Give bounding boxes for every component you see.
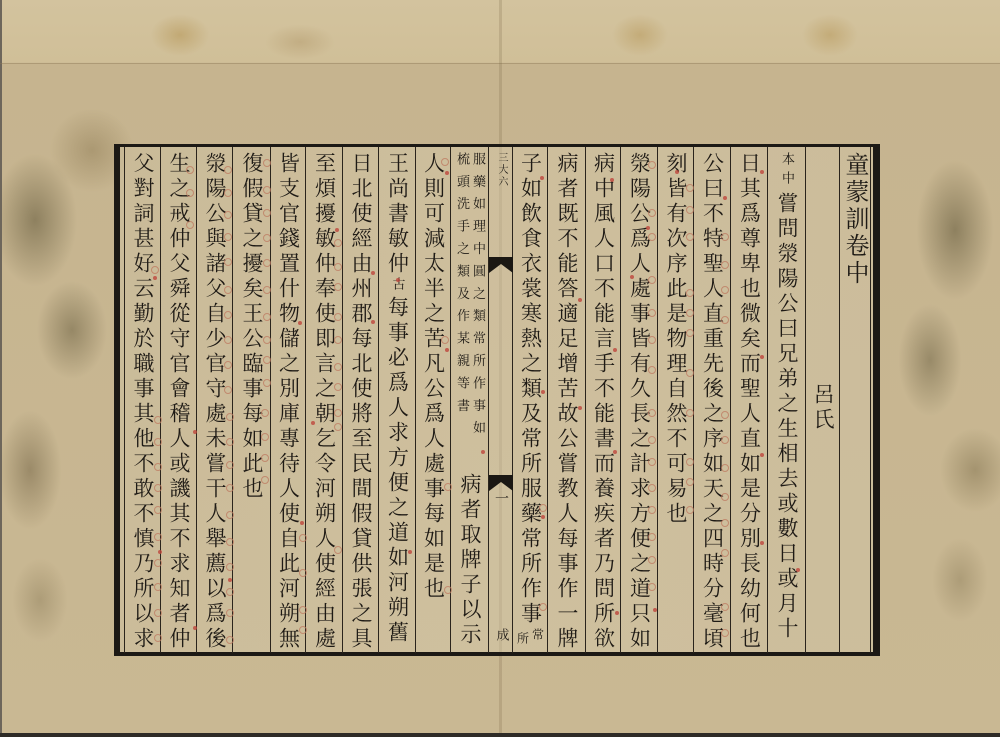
text-column-r6: 病中風人口不能言手不能書而養疾者乃問所欲 xyxy=(585,147,620,653)
text-column-l5: 至煩擾敏仲奉使即言之朝乞令河朔人使經由處 xyxy=(305,147,342,653)
note-left-line: 所 xyxy=(517,632,529,648)
text-column-r3: 公曰不特聖人直重先後之序如天之四時分毫頃 xyxy=(693,147,730,653)
fold-leaf-number: 一 xyxy=(494,491,508,507)
text-column-l8: 滎陽公與諸父自少官守處未嘗干人舉薦以爲後 xyxy=(196,147,232,653)
column-text: 皆支官錢置什物儲之別庫專待人使自此河朔無 xyxy=(278,152,299,652)
text-column-l4: 日北使經由州郡每北使將至民間假貸供張之具 xyxy=(342,147,378,653)
text-column-r4: 刻皆有次序此是物理自然不可易也 xyxy=(657,147,693,653)
fold-bottom-mark: 成 xyxy=(495,628,508,643)
text-column-l3: 王尚書敏仲 古 每事必爲人求方便之道如河朔舊 xyxy=(378,147,415,653)
small-note: 本中 xyxy=(780,152,793,190)
column-text: 病者既不能答適足增苦故公嘗教人每事作一牌 xyxy=(556,152,577,652)
fishtail-mark-icon xyxy=(489,475,513,491)
running-title-column: 童蒙訓卷中 xyxy=(839,147,871,653)
column-text: 嘗問滎陽公曰兄弟之生相去或數日或月十 xyxy=(776,192,797,642)
column-text: 病者取牌子以示 xyxy=(459,473,480,648)
fishtail-mark-icon xyxy=(489,257,513,273)
column-text: 公曰不特聖人直重先後之序如天之四時分毫頃 xyxy=(702,152,723,652)
interlinear-note: 服藥如理中圓之類常所作事如 梳頭洗手之類及作某親等書 xyxy=(455,152,484,473)
column-text: 復假貸之擾矣王公臨事每如此也 xyxy=(241,152,262,502)
column-text: 日其爲尊卑也微矣而聖人直如是分別長幼何也 xyxy=(739,152,760,652)
fold-top-label: 三大六 xyxy=(489,152,513,188)
fold-page-label: 三大六 xyxy=(496,152,506,188)
column-text: 日北使經由州郡每北使將至民間假貸供張之具 xyxy=(350,152,371,652)
text-column-l10: 父對詞甚好云勤於職事其他不敢不慎乃所以求 xyxy=(124,147,160,653)
column-text: 人則可減太半之苦凡公爲人處事每如是也 xyxy=(423,152,444,602)
scan-edge-bottom xyxy=(0,733,1000,737)
note-right-line: 常 xyxy=(532,628,544,648)
text-column-r1: 本中 嘗問滎陽公曰兄弟之生相去或數日或月十 xyxy=(767,147,805,653)
text-column-l7: 復假貸之擾矣王公臨事每如此也 xyxy=(232,147,270,653)
column-text: 子如飲食衣裳寒熱之類及常所服藥常所作事 xyxy=(520,152,541,627)
book-spread: 童蒙訓卷中 呂氏 本中 嘗問滎陽公曰兄弟之生相去或數日或月十 日其爲尊卑也微矣而… xyxy=(0,0,1000,737)
column-text: 刻皆有次序此是物理自然不可易也 xyxy=(665,152,686,527)
text-column-r5: 滎陽公爲人處事皆有久長之計求方便之道只如 xyxy=(620,147,657,653)
note-left-line: 梳頭洗手之類及作某親等書 xyxy=(455,152,468,473)
center-fold-column: 三大六 一 成 xyxy=(488,147,512,653)
text-column-r2: 日其爲尊卑也微矣而聖人直如是分別長幼何也 xyxy=(730,147,767,653)
column-text: 每事必爲人求方便之道如河朔舊 xyxy=(387,296,408,646)
column-text: 病中風人口不能言手不能書而養疾者乃問所欲 xyxy=(593,152,614,652)
running-title: 童蒙訓卷中 xyxy=(843,152,867,287)
column-text: 滎陽公爲人處事皆有久長之計求方便之道只如 xyxy=(629,152,650,652)
note-right-line: 服藥如理中圓之類常所作事如 xyxy=(471,152,484,473)
scan-edge-left xyxy=(0,0,2,737)
text-column-r7: 病者既不能答適足增苦故公嘗教人每事作一牌 xyxy=(547,147,585,653)
text-column-r8: 子如飲食衣裳寒熱之類及常所服藥常所作事 常 所 xyxy=(512,147,547,653)
author-column: 呂氏 xyxy=(805,147,839,653)
column-text: 王尚書敏仲 xyxy=(387,152,408,277)
text-column-l1: 服藥如理中圓之類常所作事如 梳頭洗手之類及作某親等書 病者取牌子以示 xyxy=(450,147,488,653)
author-name: 呂氏 xyxy=(812,383,833,433)
fold-middle-label: 一 xyxy=(489,491,513,507)
column-text: 生之戒仲父舜從守官會稽人或譏其不求知者仲 xyxy=(168,152,189,652)
text-column-l6: 皆支官錢置什物儲之別庫專待人使自此河朔無 xyxy=(270,147,305,653)
text-column-l2: 人則可減太半之苦凡公爲人處事每如是也 xyxy=(415,147,450,653)
fold-bottom-label: 成 xyxy=(489,628,513,643)
column-text: 至煩擾敏仲奉使即言之朝乞令河朔人使經由處 xyxy=(314,152,335,652)
small-note: 古 xyxy=(391,277,404,296)
text-column-l9: 生之戒仲父舜從守官會稽人或譏其不求知者仲 xyxy=(160,147,196,653)
interlinear-note: 常 所 xyxy=(517,628,544,648)
column-text: 滎陽公與諸父自少官守處未嘗干人舉薦以爲後 xyxy=(204,152,225,652)
column-text: 父對詞甚好云勤於職事其他不敢不慎乃所以求 xyxy=(132,152,153,652)
